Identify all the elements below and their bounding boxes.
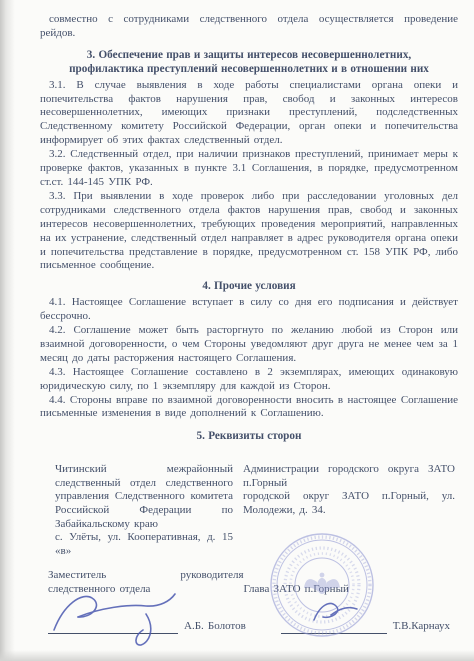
clause-4-2: 4.2. Соглашение может быть расторгнуто п… (40, 324, 458, 366)
signature-left-line (48, 621, 178, 634)
party-right-block: Администрации городского округа ЗАТО п.Г… (243, 463, 455, 517)
section4-heading: 4. Прочие условия (40, 280, 458, 294)
clause-4-4: 4.4. Стороны вправе по взаимной договоре… (40, 394, 458, 422)
section5-heading: 5. Реквизиты сторон (40, 430, 458, 444)
clause-3-3: 3.3. При выявлении в ходе проверок либо … (40, 190, 458, 273)
clause-4-3: 4.3. Настоящее Соглашение составлено в 2… (40, 366, 458, 394)
signature-left-title: Заместитель руководителя следственного о… (48, 569, 244, 596)
intro-paragraph: совместно с сотрудниками следственного о… (40, 13, 458, 41)
clause-4-1: 4.1. Настоящее Соглашение вступает в сил… (40, 296, 458, 324)
section3-heading-line1: 3. Обеспечение прав и защиты интересов н… (40, 49, 458, 63)
signature-right-block: Т.В.Карнаух (281, 620, 450, 634)
signature-left-block: А.Б. Болотов (48, 620, 246, 634)
requisites-columns: Читинский межрайонный следственный отдел… (40, 463, 458, 558)
signature-left-name: А.Б. Болотов (184, 620, 246, 632)
section3-heading-line2: профилактика преступлений несовершенноле… (40, 63, 458, 77)
signature-right-line (281, 621, 387, 634)
signature-titles-row: Заместитель руководителя следственного о… (40, 569, 458, 596)
signature-lines-row: А.Б. Болотов (40, 620, 458, 634)
party-right-address: городской округ ЗАТО п.Горный, ул. Молод… (243, 490, 455, 517)
party-right-name: Администрации городского округа ЗАТО п.Г… (243, 463, 455, 490)
clause-3-2: 3.2. Следственный отдел, при наличии при… (40, 148, 458, 190)
document-body: совместно с сотрудниками следственного о… (40, 13, 458, 634)
signature-right-title: Глава ЗАТО п.Горный (244, 583, 455, 597)
party-left-name: Читинский межрайонный следственный отдел… (55, 463, 233, 531)
party-left-block: Читинский межрайонный следственный отдел… (55, 463, 233, 558)
scan-edge-left (0, 0, 16, 661)
party-left-address: с. Улёты, ул. Кооперативная, д. 15 «в» (55, 531, 233, 558)
scanned-document-page: совместно с сотрудниками следственного о… (0, 0, 474, 661)
signature-right-name: Т.В.Карнаух (393, 620, 450, 632)
scan-edge-bottom (0, 649, 474, 661)
clause-3-1: 3.1. В случае выявления в ходе работы сп… (40, 79, 458, 149)
